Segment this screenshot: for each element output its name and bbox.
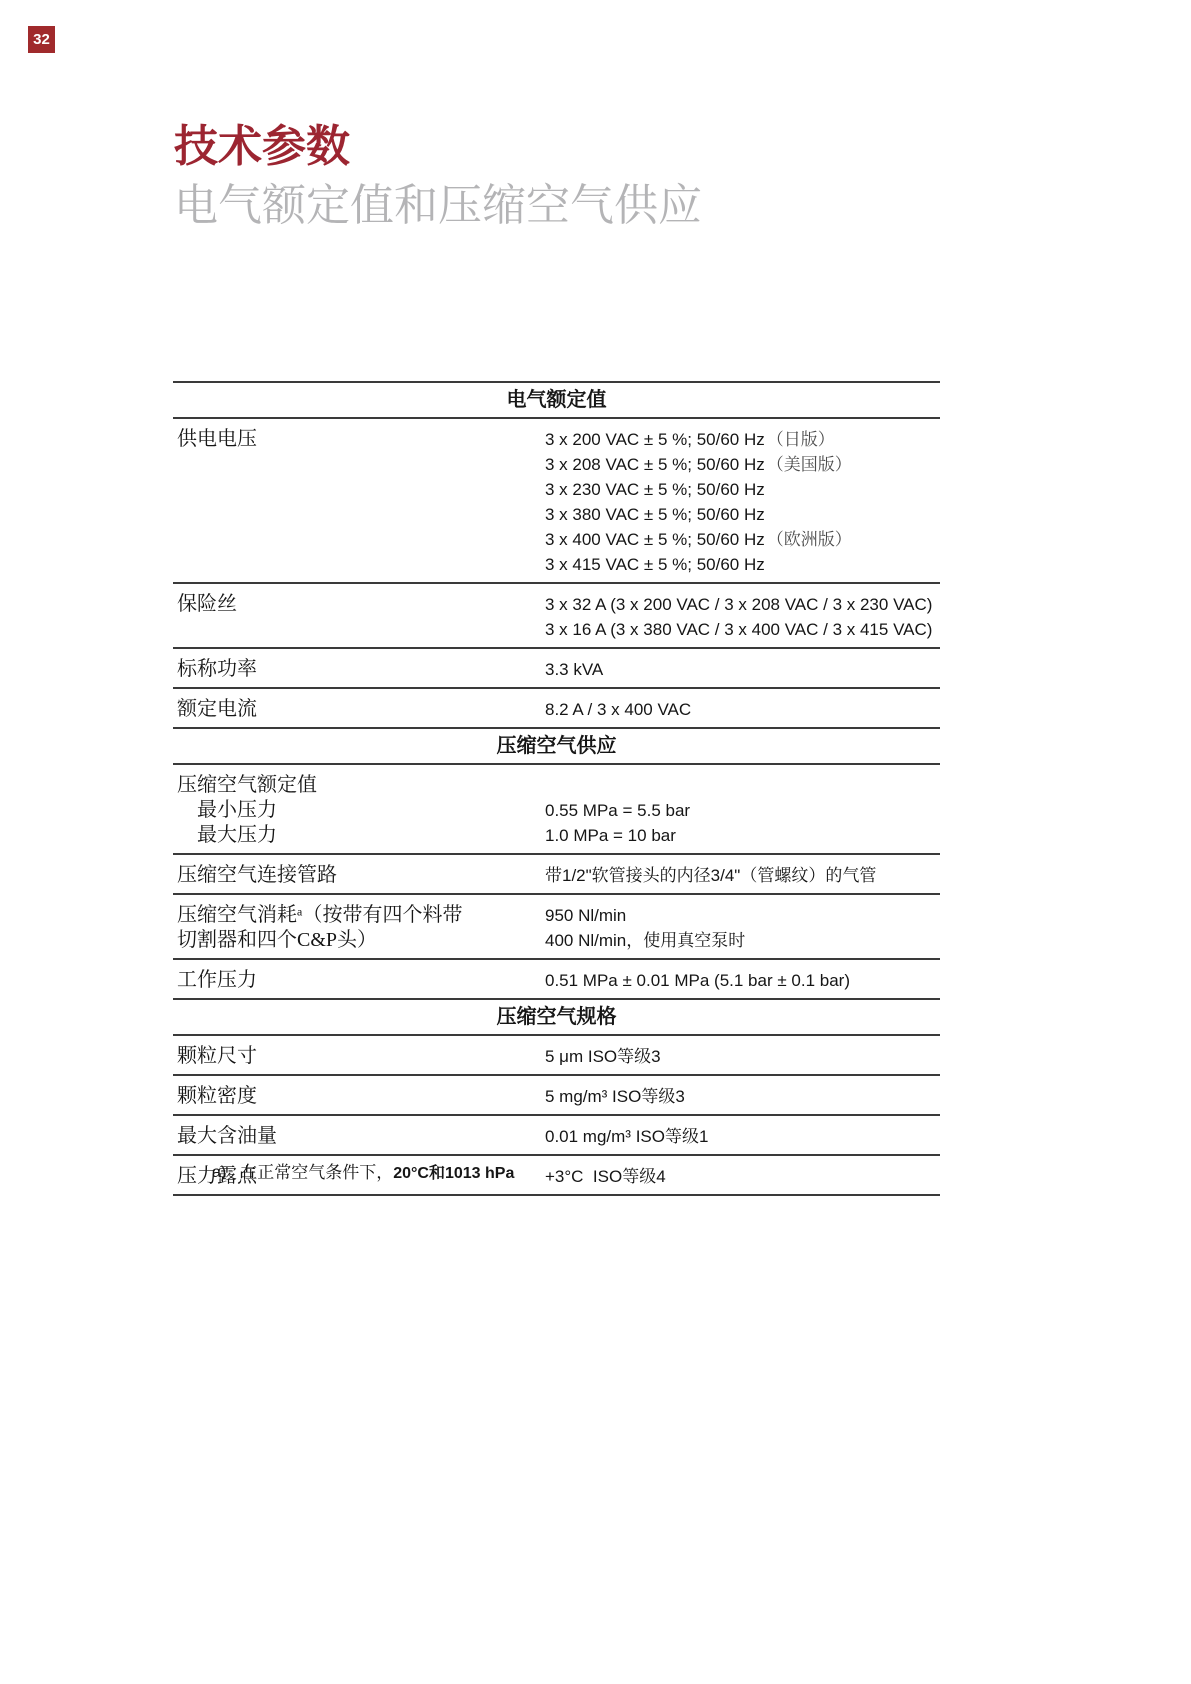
label-line: 最大含油量 bbox=[177, 1124, 545, 1149]
row-value: 带1/2"软管接头的内径3/4"（管螺纹）的气管 bbox=[545, 863, 940, 888]
value-line: 0.55 MPa = 5.5 bar bbox=[545, 798, 940, 823]
label-line: 供电电压 bbox=[177, 427, 545, 452]
page-number: 32 bbox=[33, 31, 50, 48]
value-note: （美国版） bbox=[767, 455, 852, 474]
row-label: 颗粒尺寸 bbox=[173, 1044, 545, 1069]
row-label: 保险丝 bbox=[173, 592, 545, 642]
value-line: 3 x 230 VAC ± 5 %; 50/60 Hz bbox=[545, 477, 940, 502]
value-line: 0.01 mg/m³ ISO等级1 bbox=[545, 1124, 940, 1149]
spec-table: 电气额定值供电电压3 x 200 VAC ± 5 %; 50/60 Hz（日版）… bbox=[173, 381, 940, 1196]
value-line: 3 x 16 A (3 x 380 VAC / 3 x 400 VAC / 3 … bbox=[545, 617, 940, 642]
label-line: 最小压力 bbox=[177, 798, 545, 823]
row-label: 供电电压 bbox=[173, 427, 545, 577]
page-subtitle: 电气额定值和压缩空气供应 bbox=[174, 181, 702, 231]
row-label: 最大含油量 bbox=[173, 1124, 545, 1149]
row-label: 额定电流 bbox=[173, 697, 545, 722]
page-number-badge: 32 bbox=[28, 26, 55, 53]
footnote-emphasis: 20°C和1013 hPa bbox=[393, 1165, 514, 1182]
value-line: 3 x 400 VAC ± 5 %; 50/60 Hz（欧洲版） bbox=[545, 527, 940, 552]
label-line: 保险丝 bbox=[177, 592, 545, 617]
row-value: 3 x 200 VAC ± 5 %; 50/60 Hz（日版）3 x 208 V… bbox=[545, 427, 940, 577]
value-note: （日版） bbox=[767, 430, 835, 449]
value-line: 带1/2"软管接头的内径3/4"（管螺纹）的气管 bbox=[545, 863, 940, 888]
table-row: 压缩空气额定值 最小压力 最大压力 0.55 MPa = 5.5 bar1.0 … bbox=[173, 763, 940, 853]
value-line: 3.3 kVA bbox=[545, 657, 940, 682]
label-line: 颗粒密度 bbox=[177, 1084, 545, 1109]
row-label: 颗粒密度 bbox=[173, 1084, 545, 1109]
table-row: 保险丝3 x 32 A (3 x 200 VAC / 3 x 208 VAC /… bbox=[173, 582, 940, 647]
value-line bbox=[545, 773, 940, 798]
table-row: 压缩空气连接管路带1/2"软管接头的内径3/4"（管螺纹）的气管 bbox=[173, 853, 940, 893]
value-line: 3 x 208 VAC ± 5 %; 50/60 Hz（美国版） bbox=[545, 452, 940, 477]
label-line: 最大压力 bbox=[177, 823, 545, 848]
label-line: 标称功率 bbox=[177, 657, 545, 682]
row-value: 0.55 MPa = 5.5 bar1.0 MPa = 10 bar bbox=[545, 773, 940, 848]
value-line: 950 Nl/min bbox=[545, 903, 940, 928]
row-value: 3.3 kVA bbox=[545, 657, 940, 682]
footnote-text: 在正常空气条件下，20°C和1013 hPa bbox=[240, 1162, 514, 1185]
row-value: 5 μm ISO等级3 bbox=[545, 1044, 940, 1069]
row-label: 压缩空气连接管路 bbox=[173, 863, 545, 888]
value-line: 5 μm ISO等级3 bbox=[545, 1044, 940, 1069]
row-label: 标称功率 bbox=[173, 657, 545, 682]
table-row: 最大含油量0.01 mg/m³ ISO等级1 bbox=[173, 1114, 940, 1154]
label-line: 切割器和四个C&P头） bbox=[177, 928, 545, 953]
table-row: 标称功率3.3 kVA bbox=[173, 647, 940, 687]
row-value: 0.51 MPa ± 0.01 MPa (5.1 bar ± 0.1 bar) bbox=[545, 968, 940, 993]
label-line: 颗粒尺寸 bbox=[177, 1044, 545, 1069]
row-value: 3 x 32 A (3 x 200 VAC / 3 x 208 VAC / 3 … bbox=[545, 592, 940, 642]
label-line: 压缩空气连接管路 bbox=[177, 863, 545, 888]
value-line: 5 mg/m³ ISO等级3 bbox=[545, 1084, 940, 1109]
label-line: 额定电流 bbox=[177, 697, 545, 722]
label-line: 压缩空气额定值 bbox=[177, 773, 545, 798]
footnote: a) 在正常空气条件下，20°C和1013 hPa bbox=[212, 1162, 514, 1185]
value-line: 3 x 415 VAC ± 5 %; 50/60 Hz bbox=[545, 552, 940, 577]
row-value: 950 Nl/min400 Nl/min，使用真空泵时 bbox=[545, 903, 940, 953]
value-line: 0.51 MPa ± 0.01 MPa (5.1 bar ± 0.1 bar) bbox=[545, 968, 940, 993]
value-line: 400 Nl/min，使用真空泵时 bbox=[545, 928, 940, 953]
label-line: 压缩空气消耗ᵃ（按带有四个料带 bbox=[177, 903, 545, 928]
table-row: 供电电压3 x 200 VAC ± 5 %; 50/60 Hz（日版）3 x 2… bbox=[173, 417, 940, 582]
row-value: 8.2 A / 3 x 400 VAC bbox=[545, 697, 940, 722]
value-line: 1.0 MPa = 10 bar bbox=[545, 823, 940, 848]
row-label: 压缩空气消耗ᵃ（按带有四个料带切割器和四个C&P头） bbox=[173, 903, 545, 953]
table-section-header: 电气额定值 bbox=[173, 381, 940, 417]
footnote-marker: a) bbox=[212, 1162, 226, 1185]
document-page: { "page": { "number": "32" }, "header": … bbox=[0, 0, 1191, 1684]
table-row: 额定电流8.2 A / 3 x 400 VAC bbox=[173, 687, 940, 727]
value-line: 3 x 380 VAC ± 5 %; 50/60 Hz bbox=[545, 502, 940, 527]
value-line: 8.2 A / 3 x 400 VAC bbox=[545, 697, 940, 722]
row-value: 0.01 mg/m³ ISO等级1 bbox=[545, 1124, 940, 1149]
document-header: 技术参数 电气额定值和压缩空气供应 bbox=[174, 122, 702, 231]
table-section-header: 压缩空气供应 bbox=[173, 727, 940, 763]
value-line: +3°C ISO等级4 bbox=[545, 1164, 940, 1189]
row-value: 5 mg/m³ ISO等级3 bbox=[545, 1084, 940, 1109]
label-line: 工作压力 bbox=[177, 968, 545, 993]
value-note: （欧洲版） bbox=[767, 530, 852, 549]
table-section-header: 压缩空气规格 bbox=[173, 998, 940, 1034]
table-row: 压缩空气消耗ᵃ（按带有四个料带切割器和四个C&P头）950 Nl/min400 … bbox=[173, 893, 940, 958]
page-title: 技术参数 bbox=[174, 122, 702, 172]
table-row: 颗粒尺寸5 μm ISO等级3 bbox=[173, 1034, 940, 1074]
table-row: 颗粒密度5 mg/m³ ISO等级3 bbox=[173, 1074, 940, 1114]
row-value: +3°C ISO等级4 bbox=[545, 1164, 940, 1189]
value-line: 3 x 200 VAC ± 5 %; 50/60 Hz（日版） bbox=[545, 427, 940, 452]
row-label: 压缩空气额定值 最小压力 最大压力 bbox=[173, 773, 545, 848]
table-row: 工作压力0.51 MPa ± 0.01 MPa (5.1 bar ± 0.1 b… bbox=[173, 958, 940, 998]
value-line: 3 x 32 A (3 x 200 VAC / 3 x 208 VAC / 3 … bbox=[545, 592, 940, 617]
row-label: 工作压力 bbox=[173, 968, 545, 993]
